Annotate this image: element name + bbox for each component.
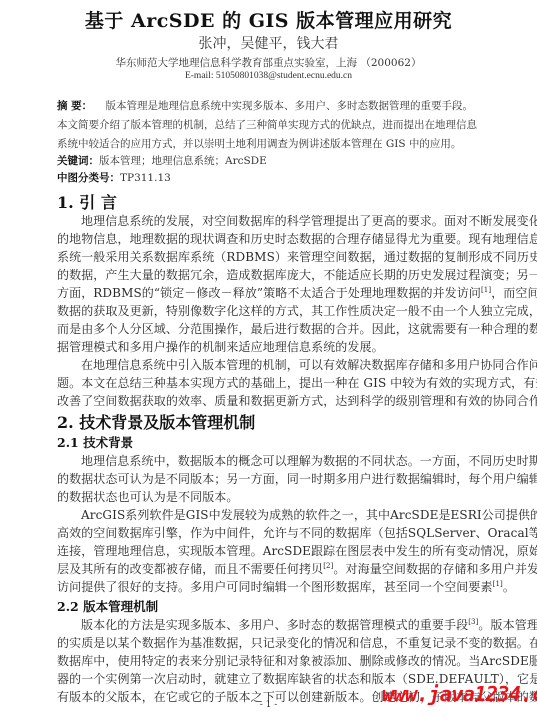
- body-line: 而是由多个人分区域、分范围操作，最后进行数据的合并。因此，这就需要有一种合理的数: [57, 320, 473, 337]
- body-line: 连接，管理地理信息，实现版本管理。ArcSDE跟踪在图层表中发生的所有变动情况，…: [57, 542, 473, 559]
- body-line: 访问提供了很好的支持。多用户可同时编辑一个图形数据库，甚至同一个空间要素[1]。: [57, 578, 473, 595]
- body-line: 高效的空间数据库引擎，作为中间件，允许与不同的数据库（包括SQLServer、O…: [57, 524, 473, 541]
- body-line: 地理信息系统的发展，对空间数据库的科学管理提出了更高的要求。面对不断发展变化: [57, 212, 473, 229]
- body-line: 改善了空间数据获取的效率、质量和数据更新方式，达到科学的级别管理和有效的协同合作…: [57, 392, 473, 409]
- body-line: 在地理信息系统中引入版本管理的机制，可以有效解决数据库存储和多用户协同合作问: [57, 356, 473, 373]
- body-line: 的地物信息，地理数据的现状调查和历史时态数据的合理存储显得尤为重要。现有地理信息: [57, 230, 473, 247]
- body-line: 据管理模式和多用户操作的机制来适应地理信息系统的发展。: [57, 338, 473, 355]
- subsection-heading-2-2: 2.2 版本管理机制: [57, 597, 158, 615]
- body-line: 的数据状态也可认为是不同版本。: [57, 488, 473, 505]
- classification-number: 中图分类号：TP311.13: [57, 170, 171, 185]
- email: E-mail: 51050801038@student.ecnu.edu.cn: [0, 71, 537, 81]
- body-line: 地理信息系统中，数据版本的概念可以理解为数据的不同状态。一方面，不同历史时期: [57, 452, 473, 469]
- body-line: 的数据，产生大量的数据冗余，造成数据库庞大，不能适应长期的历史发展过程演变；另一: [57, 266, 473, 283]
- abstract-line: 摘 要： 版本管理是地理信息系统中实现多版本、多用户、多时态数据管理的重要手段。: [57, 98, 473, 113]
- body-line: ArcGIS系列软件是GIS中发展较为成熟的软件之一，其中ArcSDE是ESRI…: [57, 506, 473, 523]
- affiliation: 华东师范大学地理信息科学教育部重点实验室，上海 （200062）: [0, 55, 537, 70]
- section-heading-2: 2. 技术背景及版本管理机制: [57, 410, 255, 433]
- body-line: 层及其所有的改变都被存储，而且不需要任何拷贝[2]。对海量空间数据的存储和多用户…: [57, 560, 473, 577]
- page-number: - 1 -: [0, 700, 537, 710]
- body-line: 数据的获取及更新，特别像数字化这样的方式，其工作性质决定一般不由一个人独立完成，: [57, 302, 473, 319]
- body-line: 的实质是以某个数据作为基准数据，只记录变化的情况和信息，不重复记录不变的数据。在: [57, 634, 473, 651]
- keywords-label: 关键词：: [57, 155, 99, 167]
- keywords: 关键词：版本管理；地理信息系统；ArcSDE: [57, 153, 267, 168]
- body-line: 方面，RDBMS的“锁定－修改－释放”策略不太适合于处理地理数据的并发访问[1]…: [57, 284, 473, 301]
- body-line: 题。本文在总结三种基本实现方式的基础上，提出一种在 GIS 中较为有效的实现方式…: [57, 374, 473, 391]
- body-line: 版本化的方法是实现多版本、多用户、多时态的数据管理模式的重要手段[3]。版本管理: [57, 616, 473, 633]
- subsection-heading-2-1: 2.1 技术背景: [57, 433, 133, 451]
- body-line: 系统一般采用关系数据库系统（RDBMS）来管理空间数据，通过数据的复制形成不同历…: [57, 248, 473, 265]
- body-line: 数据库中，使用特定的表来分别记录特征和对象被添加、删除或修改的情况。当ArcSD…: [57, 652, 473, 669]
- section-heading-1: 1. 引 言: [57, 190, 117, 213]
- abstract-line: 系统中较适合的应用方式，并以崇明土地利用调查为例讲述版本管理在 GIS 中的应用…: [57, 136, 461, 151]
- citation[interactable]: [2]: [323, 562, 333, 570]
- body-line: 的数据状态可认为是不同版本；另一方面，同一时期多用户进行数据编辑时，每个用户编辑: [57, 470, 473, 487]
- citation[interactable]: [3]: [468, 618, 478, 626]
- clc-label: 中图分类号：: [57, 172, 120, 184]
- paper-title: 基于 ArcSDE 的 GIS 版本管理应用研究: [0, 6, 537, 33]
- citation[interactable]: [1]: [481, 286, 491, 294]
- abstract-line: 本文简要介绍了版本管理的机制，总结了三种简单实现方式的优缺点，进而提出在地理信息: [57, 117, 477, 132]
- abstract-label: 摘 要：: [57, 100, 92, 112]
- citation[interactable]: [1]: [493, 580, 503, 588]
- authors: 张冲，吴健平，钱大君: [0, 33, 537, 53]
